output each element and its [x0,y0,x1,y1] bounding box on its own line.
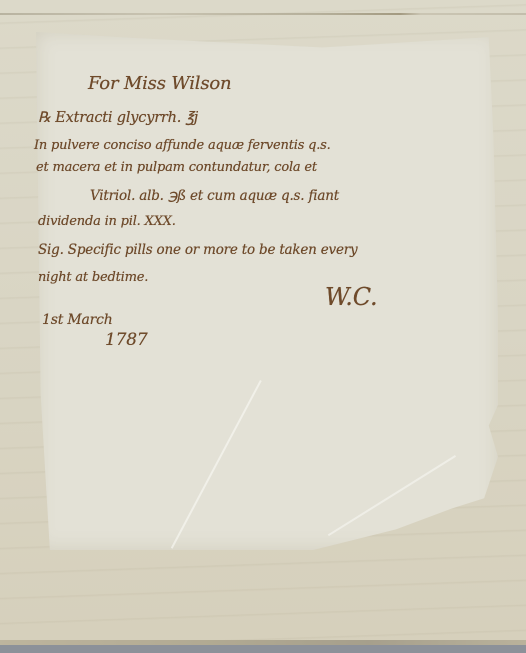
prescription-line: ℞ Extracti glycyrrh. ℥j [38,110,198,126]
prescription-line: dividenda in pil. XXX. [38,214,176,229]
background-page: For Miss Wilson ℞ Extracti glycyrrh. ℥j … [0,0,526,645]
prescription-line: night at bedtime. [38,270,148,285]
prescription-line: Sig. Specific pills one or more to be ta… [38,242,357,258]
mount-strip [0,645,526,653]
signature: W.C. [325,283,377,311]
prescription-line: et macera et in pulpam contundatur, cola… [36,160,317,175]
date-year: 1787 [105,330,147,350]
date-day-month: 1st March [42,312,113,328]
prescription-line: Vitriol. alb. ℈ß et cum aquæ q.s. fiant [90,188,339,204]
fold-crease [0,13,526,15]
prescription-line: In pulvere conciso affunde aquæ ferventi… [34,138,331,153]
recipient-line: For Miss Wilson [88,73,231,94]
